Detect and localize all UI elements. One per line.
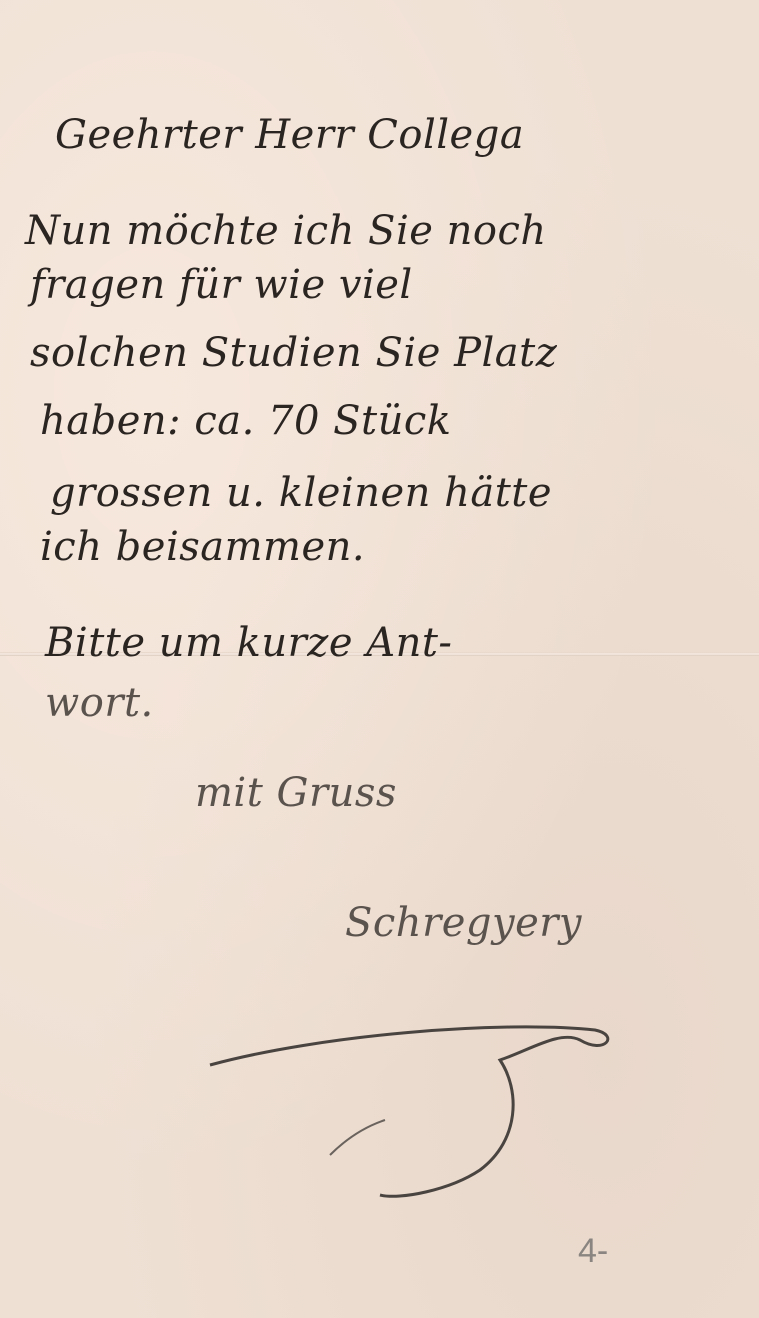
letter-line-6: ich beisammen. bbox=[40, 524, 365, 570]
letter-line-1: Nun möchte ich Sie noch bbox=[25, 208, 547, 254]
letter-line-5: grossen u. kleinen hätte bbox=[50, 470, 552, 516]
letter-line-7: Bitte um kurze Ant- bbox=[45, 620, 452, 666]
salutation: Geehrter Herr Collega bbox=[55, 112, 524, 158]
page-number: 4- bbox=[578, 1232, 608, 1271]
letter-line-3: solchen Studien Sie Platz bbox=[30, 330, 557, 376]
closing: mit Gruss bbox=[195, 770, 397, 816]
letter-line-4: haben: ca. 70 Stück bbox=[40, 398, 452, 444]
signature-flourish bbox=[200, 1010, 620, 1210]
letter-line-2: fragen für wie viel bbox=[30, 262, 413, 308]
letter-line-8: wort. bbox=[45, 680, 154, 726]
signature: Schregyery bbox=[345, 900, 582, 946]
